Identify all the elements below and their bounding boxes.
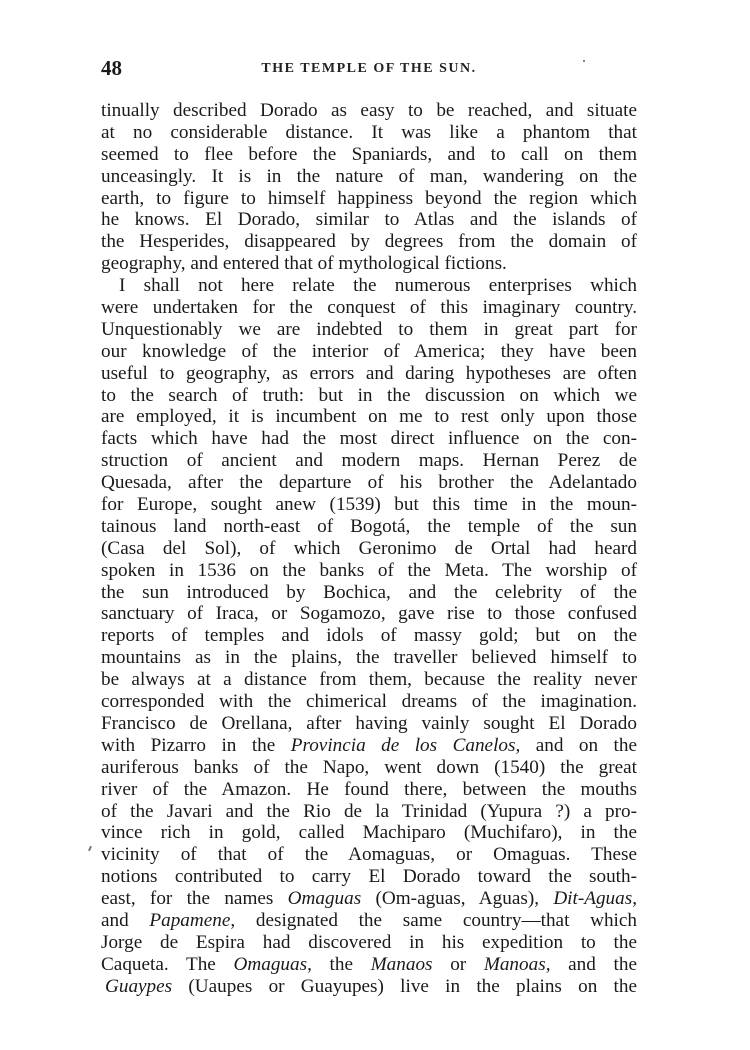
running-header: 48 THE TEMPLE OF THE SUN. xyxy=(101,56,637,80)
text-line: sanctuary of Iraca, or Sogamozo, gave ri… xyxy=(101,603,637,625)
text-line: corresponded with the chimerical dreams … xyxy=(101,691,637,713)
text-line: (Casa del Sol), of which Geronimo de Ort… xyxy=(101,538,637,560)
text-line: seemed to flee before the Spaniards, and… xyxy=(101,144,637,166)
text-line: struction of ancient and modern maps. He… xyxy=(101,450,637,472)
text-line: and Papamene, designated the same countr… xyxy=(101,910,637,932)
text-line: reports of temples and idols of massy go… xyxy=(101,625,637,647)
text-line: Quesada, after the departure of his brot… xyxy=(101,472,637,494)
text-line: to the search of truth: but in the discu… xyxy=(101,385,637,407)
text-line: were undertaken for the conquest of this… xyxy=(101,297,637,319)
italic-term: Papamene xyxy=(149,910,230,931)
stray-mark xyxy=(583,60,585,62)
italic-term: Omaguas xyxy=(234,954,308,975)
text-line: the Hesperides, disappeared by degrees f… xyxy=(101,231,637,253)
italic-term: Provincia de los Canelos xyxy=(291,735,516,756)
text-line: the sun introduced by Bochica, and the c… xyxy=(101,582,637,604)
text-line: Caqueta. The Omaguas, the Manaos or Mano… xyxy=(101,954,637,976)
text-line: river of the Amazon. He found there, bet… xyxy=(101,779,637,801)
italic-term: Manoas xyxy=(484,954,546,975)
text-line: tinually described Dorado as easy to be … xyxy=(101,100,637,122)
paragraph-start-line: I shall not here relate the numerous ent… xyxy=(101,275,637,297)
text-line: Jorge de Espira had discovered in his ex… xyxy=(101,932,637,954)
book-page: 48 THE TEMPLE OF THE SUN. tinually descr… xyxy=(0,0,750,1050)
text-line: with Pizarro in the Provincia de los Can… xyxy=(101,735,637,757)
text-line: tainous land north-east of Bogotá, the t… xyxy=(101,516,637,538)
text-line: are employed, it is incumbent on me to r… xyxy=(101,406,637,428)
text-line: notions contributed to carry El Dorado t… xyxy=(101,866,637,888)
text-line: be always at a distance from them, becau… xyxy=(101,669,637,691)
text-line: of the Javari and the Rio de la Trinidad… xyxy=(101,801,637,823)
text-line: earth, to figure to himself happiness be… xyxy=(101,188,637,210)
margin-mark xyxy=(88,846,92,851)
text-line: spoken in 1536 on the banks of the Meta.… xyxy=(101,560,637,582)
italic-term: Dit-Aguas xyxy=(553,888,632,909)
text-line: our knowledge of the interior of America… xyxy=(101,341,637,363)
text-line: Guaypes (Uaupes or Guayupes) live in the… xyxy=(101,976,637,998)
text-line: vince rich in gold, called Machiparo (Mu… xyxy=(101,822,637,844)
text-line: unceasingly. It is in the nature of man,… xyxy=(101,166,637,188)
text-line: for Europe, sought anew (1539) but this … xyxy=(101,494,637,516)
text-line: auriferous banks of the Napo, went down … xyxy=(101,757,637,779)
italic-term: Guaypes xyxy=(105,976,172,997)
text-line: mountains as in the plains, the travelle… xyxy=(101,647,637,669)
paragraph-end-line: geography, and entered that of mythologi… xyxy=(101,253,637,275)
text-line: Francisco de Orellana, after having vain… xyxy=(101,713,637,735)
text-line: facts which have had the most direct inf… xyxy=(101,428,637,450)
italic-term: Omaguas xyxy=(288,888,362,909)
text-line: east, for the names Omaguas (Om-aguas, A… xyxy=(101,888,637,910)
italic-term: Manaos xyxy=(371,954,433,975)
text-line: vicinity of that of the Aomaguas, or Oma… xyxy=(101,844,637,866)
text-line: at no considerable distance. It was like… xyxy=(101,122,637,144)
running-title: THE TEMPLE OF THE SUN. xyxy=(101,58,637,80)
text-line: useful to geography, as errors and darin… xyxy=(101,363,637,385)
text-line: Unquestionably we are indebted to them i… xyxy=(101,319,637,341)
text-line: he knows. El Dorado, similar to Atlas an… xyxy=(101,209,637,231)
body-text: tinually described Dorado as easy to be … xyxy=(101,100,637,998)
